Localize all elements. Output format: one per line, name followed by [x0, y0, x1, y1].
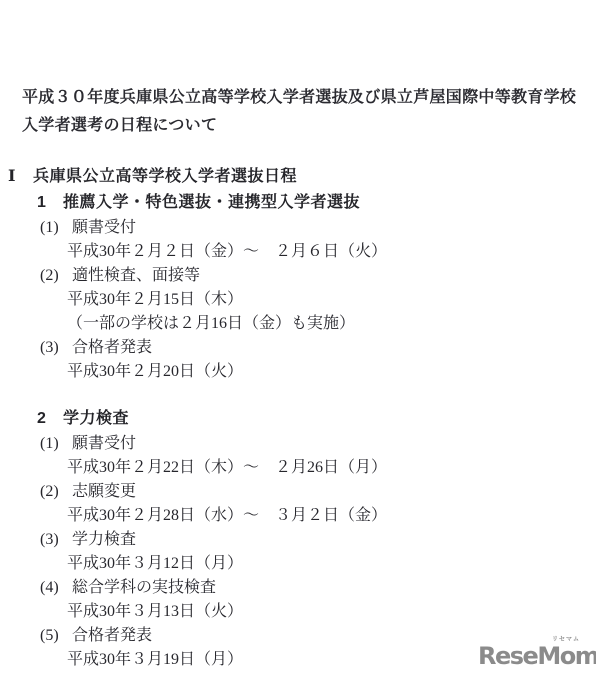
subsection-2-heading: 2学力検査 [37, 406, 596, 432]
schedule-item-label: (4) [40, 576, 72, 600]
schedule-item-title: 適性検査、面接等 [72, 267, 200, 284]
section-1-heading-text: 兵庫県公立高等学校入学者選抜日程 [33, 168, 297, 185]
schedule-item-title: 総合学科の実技検査 [72, 579, 216, 596]
schedule-item-label: (3) [40, 528, 72, 552]
subsection-1-number: 1 [37, 190, 63, 216]
schedule-note-line: （一部の学校は２月16日（金）も実施） [67, 312, 596, 336]
schedule-item-title: 願書受付 [72, 435, 136, 452]
schedule-item-label: (5) [40, 624, 72, 648]
schedule-date-line: 平成30年３月12日（月） [67, 552, 596, 576]
schedule-date-line: 平成30年３月13日（火） [67, 600, 596, 624]
subsection-2-number: 2 [37, 406, 63, 432]
resemom-logo-text: ReseMom. [478, 643, 596, 669]
subsection-1-items: (1)願書受付 平成30年２月２日（金）～ ２月６日（火） (2)適性検査、面接… [0, 216, 596, 384]
schedule-item-title: 合格者発表 [72, 339, 152, 356]
section-1-heading: Ⅰ兵庫県公立高等学校入学者選抜日程 [8, 164, 596, 190]
schedule-date-line: 平成30年２月22日（木）～ ２月26日（月） [67, 456, 596, 480]
schedule-item: (2)適性検査、面接等 [40, 264, 596, 288]
schedule-item-label: (1) [40, 216, 72, 240]
schedule-item: (3)学力検査 [40, 528, 596, 552]
schedule-item-title: 合格者発表 [72, 627, 152, 644]
section-1-numeral: Ⅰ [8, 164, 33, 190]
schedule-item-title: 学力検査 [72, 531, 136, 548]
schedule-item-label: (2) [40, 264, 72, 288]
schedule-item-label: (1) [40, 432, 72, 456]
document-title-line1: 平成３０年度兵庫県公立高等学校入学者選抜及び県立芦屋国際中等教育学校 [22, 84, 596, 112]
schedule-item: (2)志願変更 [40, 480, 596, 504]
resemom-watermark-logo: リセマム ReseMom. [478, 636, 592, 674]
schedule-item: (1)願書受付 [40, 432, 596, 456]
schedule-item-label: (2) [40, 480, 72, 504]
schedule-date-line: 平成30年２月20日（火） [67, 360, 596, 384]
schedule-item-title: 志願変更 [72, 483, 136, 500]
schedule-item-label: (3) [40, 336, 72, 360]
schedule-date-line: 平成30年２月15日（木） [67, 288, 596, 312]
subsection-1-heading: 1推薦入学・特色選抜・連携型入学者選抜 [37, 190, 596, 216]
schedule-date-line: 平成30年２月２日（金）～ ２月６日（火） [67, 240, 596, 264]
document-page: 平成３０年度兵庫県公立高等学校入学者選抜及び県立芦屋国際中等教育学校 入学者選考… [0, 84, 596, 672]
schedule-item: (3)合格者発表 [40, 336, 596, 360]
schedule-item: (4)総合学科の実技検査 [40, 576, 596, 600]
document-title-line2: 入学者選考の日程について [22, 112, 596, 140]
subsection-2-heading-text: 学力検査 [63, 410, 129, 427]
subsection-1-heading-text: 推薦入学・特色選抜・連携型入学者選抜 [63, 194, 360, 211]
document-title: 平成３０年度兵庫県公立高等学校入学者選抜及び県立芦屋国際中等教育学校 入学者選考… [22, 84, 596, 140]
schedule-date-line: 平成30年２月28日（水）～ ３月２日（金） [67, 504, 596, 528]
schedule-item: (1)願書受付 [40, 216, 596, 240]
schedule-item-title: 願書受付 [72, 219, 136, 236]
